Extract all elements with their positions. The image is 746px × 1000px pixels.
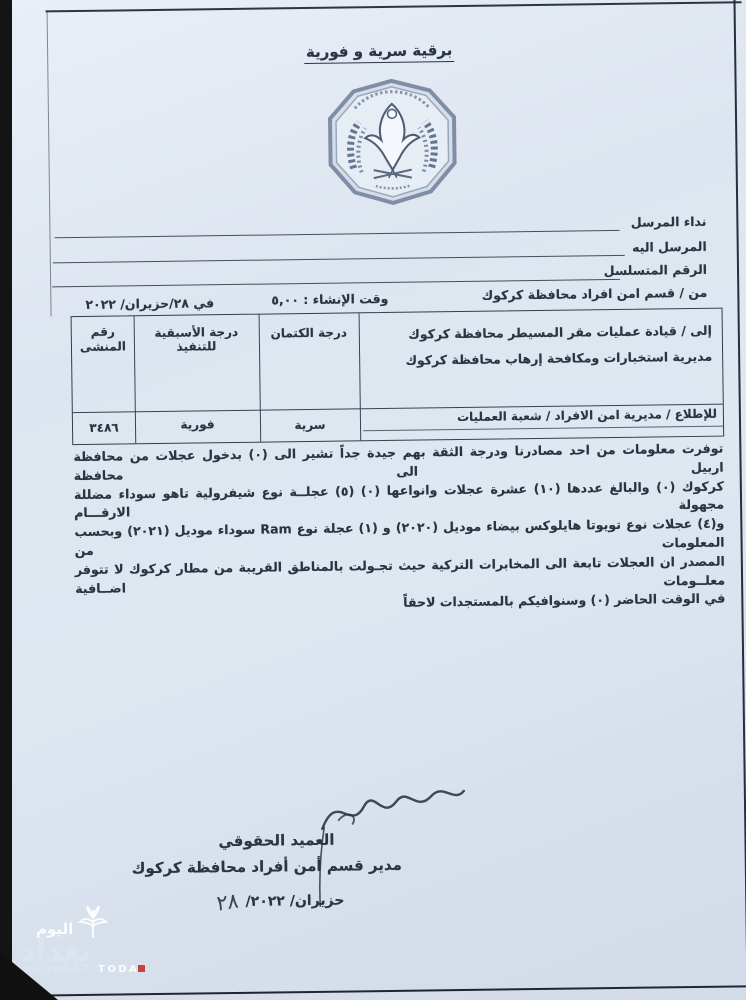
header-origin-number: رقم المنشى [72,324,134,355]
ministry-emblem-icon [324,77,460,207]
addressee-line [53,255,625,263]
signer-rank: العميد الحقوقي [166,830,386,851]
addressed-to-line1: إلى / قيادة عمليات مقر المسيطر محافظة كر… [362,323,712,343]
scan-edge-left [0,0,12,1000]
sender-call-label: نداء المرسل [631,214,707,230]
cell-origin-number: ٣٤٨٦ [73,420,135,435]
creation-time: وقت الإنشاء : ٥,٠٠ [271,291,388,308]
info-cell-underline [363,426,723,432]
from-line: من / قسم امن افراد محافظة كركوك [482,285,708,303]
routing-table: رقم المنشى درجة الأسبقية للتنفيذ درجة ال… [71,308,725,446]
cell-priority: فورية [135,417,260,433]
frame-top-line [46,1,742,12]
addressed-to-line2: مديرية استخبارات ومكافحة إرهاب محافظة كر… [362,349,712,369]
printed-date: /حزيران/ ٢٠٢٢ [246,893,345,910]
handwritten-day: ٢٨ [216,888,239,916]
classification-title: برقية سرية و فورية [6,37,746,65]
signature-date: ٢٨/حزيران/ ٢٠٢٢ [163,888,397,915]
addressee-label: المرسل اليه [632,239,707,255]
header-date: في ٢٨/حزيران/ ٢٠٢٢ [85,295,214,312]
cell-secrecy: سرية [260,417,360,432]
scanned-document-page: برقية سرية و فورية نداء المرسل المرسل ال… [12,0,746,1000]
header-secrecy: درجة الكتمان [259,325,359,340]
frame-bottom-line [44,985,746,996]
serial-number-label: الرقم المتسلسل [604,262,707,278]
document-content: برقية سرية و فورية نداء المرسل المرسل ال… [5,0,746,1000]
sender-call-line [55,230,620,238]
cell-info-copy: للإطلاع / مديرية امن الافراد / شعبة العم… [365,407,721,426]
message-body: توفرت معلومات من احد مصادرنا ودرجة الثقة… [73,440,725,618]
header-priority: درجة الأسبقية للتنفيذ [134,325,259,355]
frame-right-line [733,0,746,983]
